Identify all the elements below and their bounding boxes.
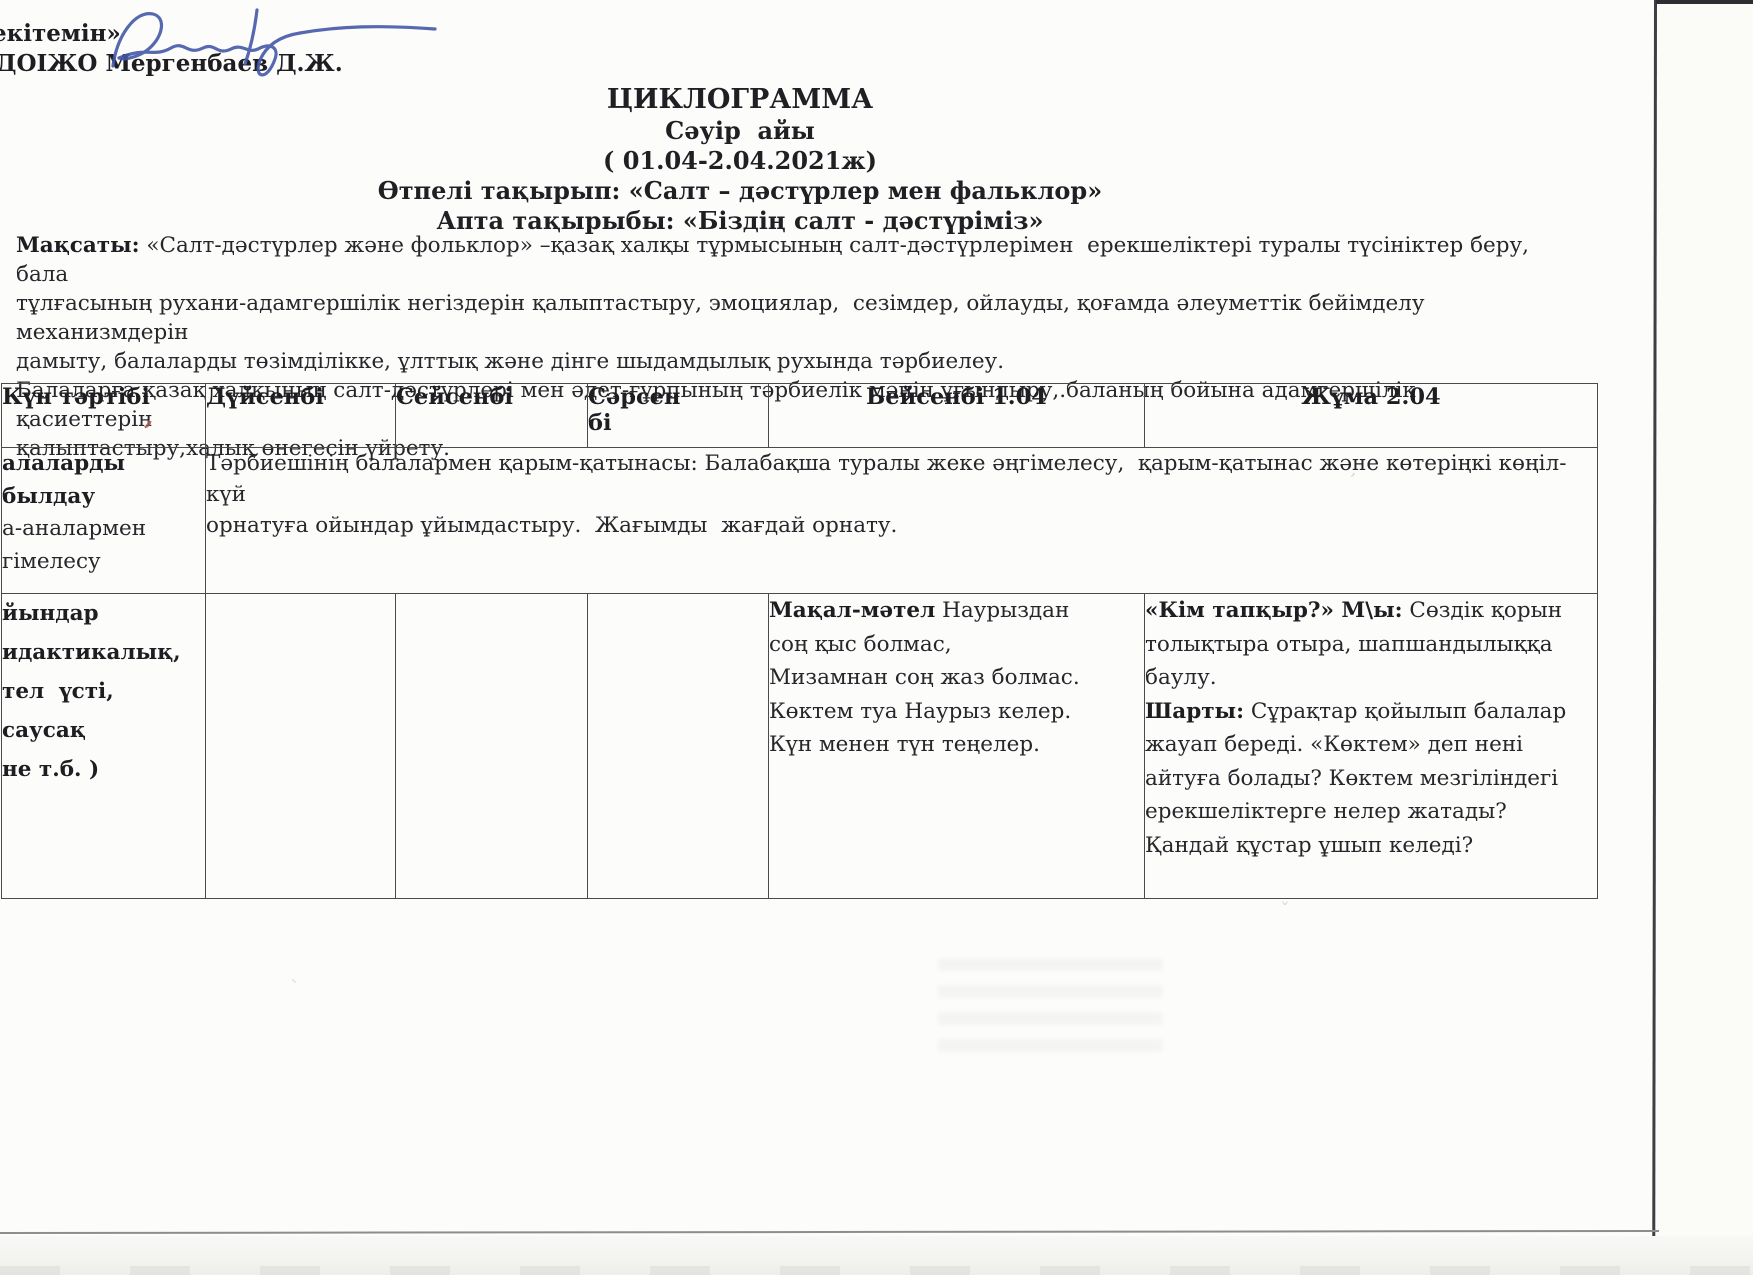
header-monday: Дүйсенбі <box>206 384 396 448</box>
row-label-games: йындар идактикалық, тел үсті, саусақ не … <box>2 594 206 899</box>
cell-friday-game-title: «Кім тапқыр?» М\ы: <box>1145 598 1403 623</box>
document-title-block: ЦИКЛОГРАММА Сәуір айы ( 01.04-2.04.2021ж… <box>0 84 1480 236</box>
header-friday: Жұма 2.04 <box>1145 384 1598 448</box>
table-row-games: йындар идактикалық, тел үсті, саусақ не … <box>2 594 1598 899</box>
header-wednesday: Сәрсен бі <box>588 384 769 448</box>
table-header-row: Күн тәртібі Дүйсенбі Сейсенбі Сәрсен бі … <box>2 384 1598 448</box>
scanned-document-page: екітемін» ДОІЖО Мергенбаев Д.Ж. ЦИКЛОГРА… <box>0 0 1753 1275</box>
title-month: Сәуір айы <box>0 116 1480 146</box>
handwritten-signature <box>95 2 445 87</box>
page-title: ЦИКЛОГРАММА <box>0 84 1480 116</box>
cell-games-friday: «Кім тапқыр?» М\ы: Сөздік қорын толықтыр… <box>1145 594 1598 899</box>
ink-bleed-through <box>938 958 1163 1053</box>
page-top-right-edge-line <box>1656 0 1753 4</box>
scan-background-right <box>1657 0 1753 1275</box>
cell-friday-condition-title: Шарты: <box>1145 699 1244 724</box>
scan-speck-2: ` <box>289 975 302 1000</box>
header-day-routine: Күн тәртібі <box>2 384 206 448</box>
cell-games-monday <box>206 594 396 899</box>
page-bottom-edge-line <box>0 1230 1659 1234</box>
row-label-reception-rest: а-аналармен гімелесу <box>2 516 146 574</box>
cyclogram-table: Күн тәртібі Дүйсенбі Сейсенбі Сәрсен бі … <box>1 383 1598 899</box>
cell-games-thursday: Мақал-мәтел Наурыздан соң қыс болмас, Ми… <box>769 594 1145 899</box>
cell-games-tuesday <box>396 594 588 899</box>
scan-speck-3: ˇ <box>1280 898 1290 922</box>
title-cross-theme: Өтпелі тақырып: «Салт – дәстүрлер мен фа… <box>0 176 1480 206</box>
header-tuesday: Сейсенбі <box>396 384 588 448</box>
table-row-reception: алаларды былдау а-аналармен гімелесу Тәр… <box>2 448 1598 594</box>
scan-bottom-noise <box>0 1266 1753 1275</box>
cell-games-wednesday <box>588 594 769 899</box>
title-dates: ( 01.04-2.04.2021ж) <box>0 146 1480 176</box>
cell-reception-merged: Тәрбиешінің балалармен қарым-қатынасы: Б… <box>206 448 1598 594</box>
goal-label: Мақсаты: <box>16 233 140 258</box>
header-thursday: Бейсенбі 1.04 <box>769 384 1145 448</box>
cell-thursday-title: Мақал-мәтел <box>769 598 935 623</box>
row-label-reception: алаларды былдау а-аналармен гімелесу <box>2 448 206 594</box>
row-label-reception-bold: алаларды былдау <box>2 451 125 509</box>
